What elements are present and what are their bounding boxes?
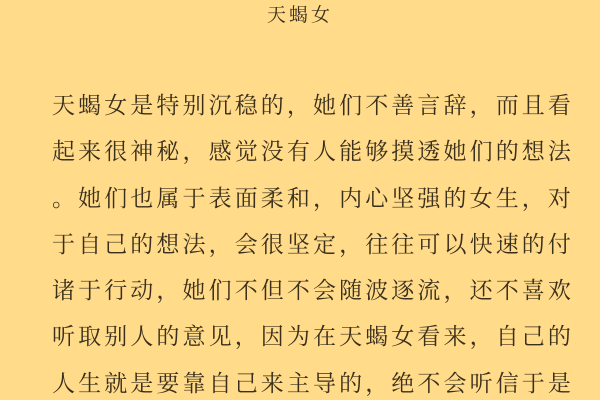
article-body: 天蝎女是特别沉稳的，她们不善言辞，而且看 起来很神秘，感觉没有人能够摸透她们的想… (52, 83, 552, 400)
body-line: 起来很神秘，感觉没有人能够摸透她们的想法 (52, 129, 552, 175)
body-line: 人生就是要靠自己来主导的，绝不会听信于是 (52, 361, 552, 400)
article-title: 天蝎女 (0, 2, 600, 28)
body-line: 天蝎女是特别沉稳的，她们不善言辞，而且看 (52, 83, 552, 129)
body-line: 诸于行动，她们不但不会随波逐流，还不喜欢 (52, 268, 552, 314)
body-line: 于自己的想法，会很坚定，往往可以快速的付 (52, 222, 552, 268)
body-line: 。她们也属于表面柔和，内心坚强的女生，对 (52, 176, 552, 222)
body-line: 听取别人的意见，因为在天蝎女看来，自己的 (52, 314, 552, 360)
article-page: 天蝎女 天蝎女是特别沉稳的，她们不善言辞，而且看 起来很神秘，感觉没有人能够摸透… (0, 0, 600, 400)
